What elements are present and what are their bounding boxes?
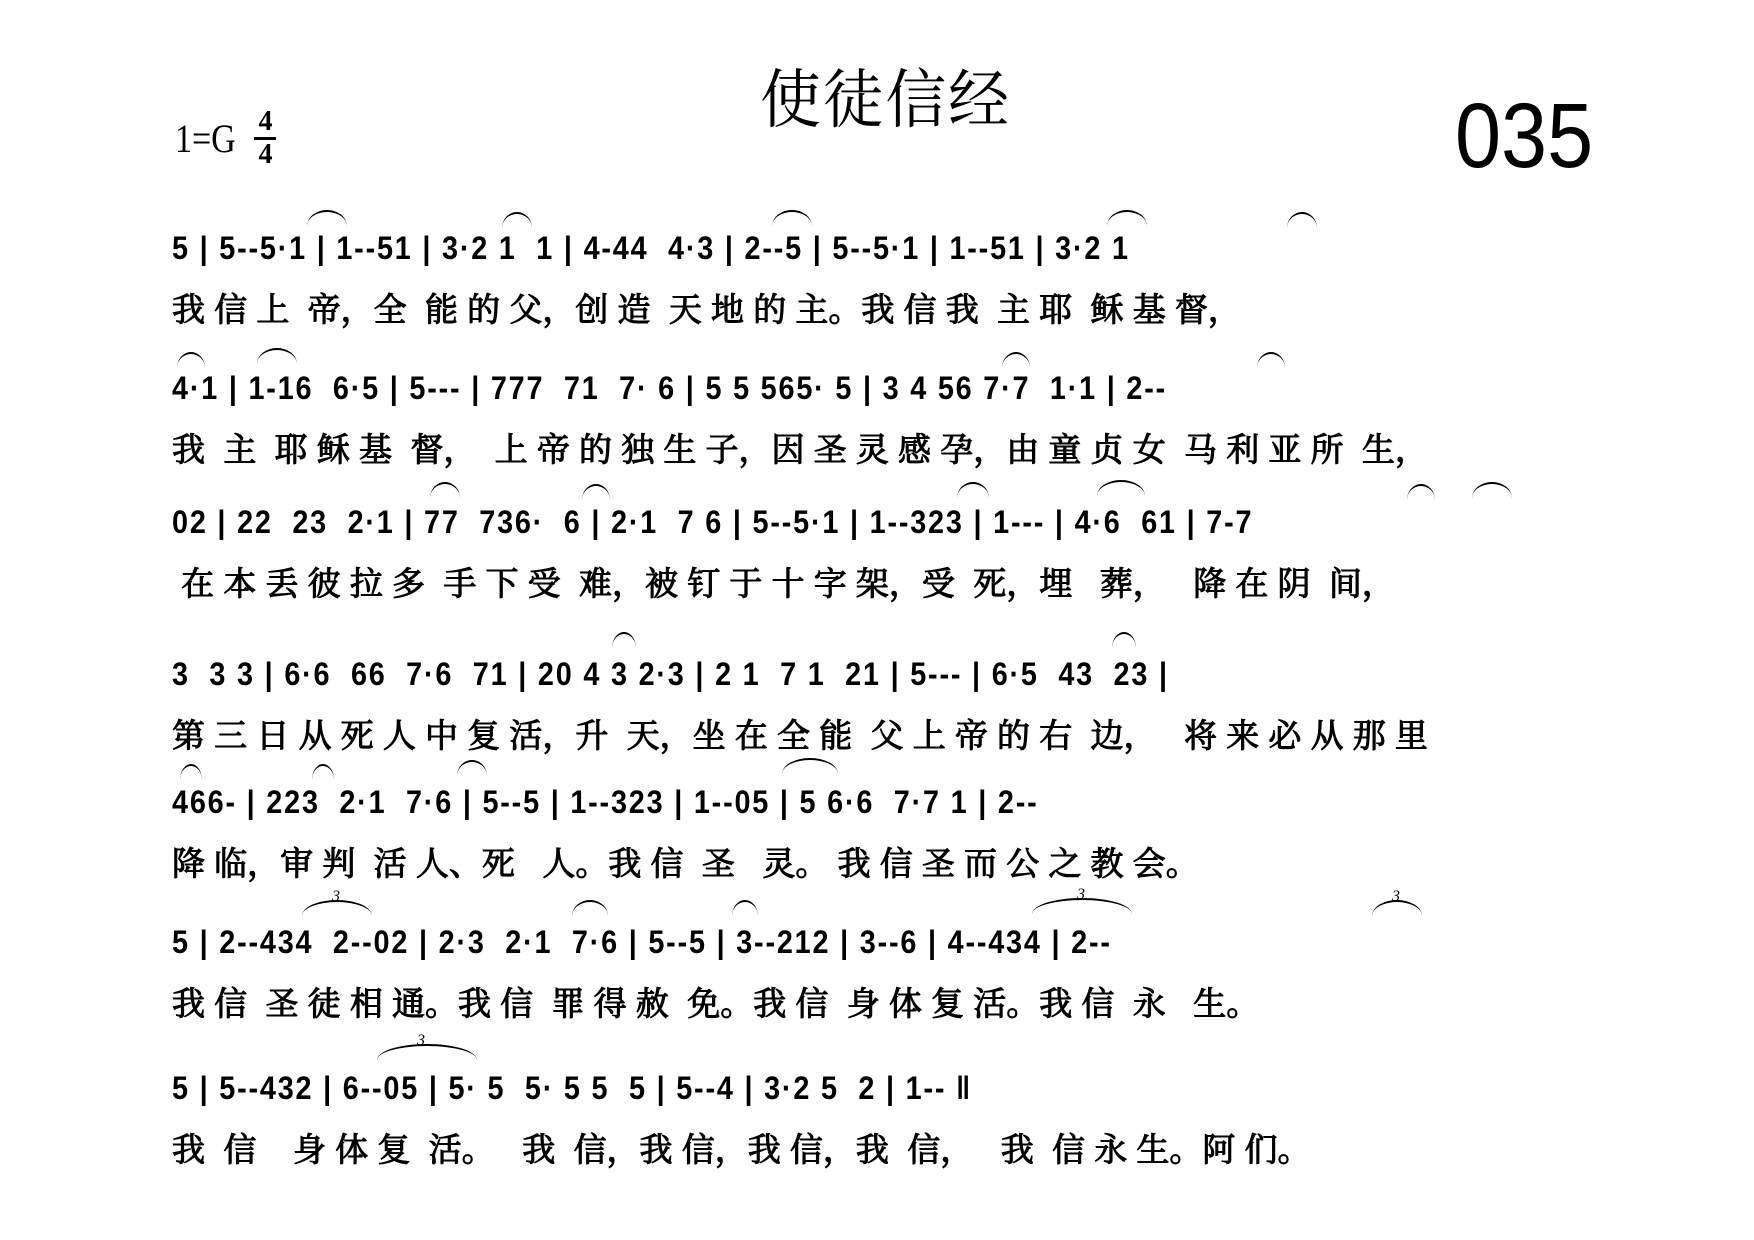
lyrics-line: 我 信 上 帝，全 能 的 父，创 造 天 地 的 主。我 信 我 主 耶 稣 … xyxy=(172,288,1602,332)
tie-arc xyxy=(180,764,202,780)
tie-arc xyxy=(1472,482,1512,498)
hymn-number: 035 xyxy=(1455,90,1593,182)
triplet-mark: 3 xyxy=(332,888,340,906)
score-line-1: 5 | 5--5·1 | 1--51 | 3·2 1 1 | 4-44 4·3 … xyxy=(172,198,1602,332)
lyrics-line: 我 信 圣 徒 相 通。我 信 罪 得 赦 免。我 信 身 体 复 活。我 信 … xyxy=(172,982,1602,1026)
score-line-3: 02 | 22 23 2·1 | 77 736· 6 | 2·1 7 6 | 5… xyxy=(172,472,1602,606)
tie-arc xyxy=(1257,352,1285,368)
tie-arc xyxy=(782,758,838,774)
triplet-mark: 3 xyxy=(1077,886,1085,904)
lyrics-line: 在 本 丢 彼 拉 多 手 下 受 难，被 钉 于 十 字 架，受 死，埋 葬，… xyxy=(172,562,1602,606)
notation-text: 3 3 3 | 6·6 66 7·6 71 | 20 4 3 2·3 | 2 1… xyxy=(172,654,1169,694)
tie-arc xyxy=(572,900,608,916)
hymn-title: 使徒信经 xyxy=(760,68,1011,132)
tie-arc xyxy=(502,212,532,228)
tie-arc xyxy=(430,482,460,498)
tie-arc xyxy=(1097,480,1145,496)
notation-text: 466- | 223 2·1 7·6 | 5--5 | 1--323 | 1--… xyxy=(172,782,1039,822)
tie-arc xyxy=(732,900,758,916)
tie-arc xyxy=(957,482,989,498)
notation-text: 5 | 2--434 2--02 | 2·3 2·1 7·6 | 5--5 | … xyxy=(172,922,1112,962)
tie-arc xyxy=(312,764,334,780)
tie-arc xyxy=(772,210,812,226)
score-line-7: 5 | 5--432 | 6--05 | 5· 5 5· 5 5 5 | 5--… xyxy=(172,1038,1602,1172)
tie-arc xyxy=(1002,352,1030,368)
notation-line: 02 | 22 23 2·1 | 77 736· 6 | 2·1 7 6 | 5… xyxy=(172,472,1602,562)
notation-line: 3 3 3 | 6·6 66 7·6 71 | 20 4 3 2·3 | 2 1… xyxy=(172,624,1602,714)
lyrics-line: 我 主 耶 稣 基 督， 上 帝 的 独 生 子，因 圣 灵 感 孕，由 童 贞… xyxy=(172,428,1602,472)
key-value: 1=G xyxy=(175,119,236,159)
tie-arc xyxy=(582,484,610,500)
notation-line: 4·1 | 1-16 6·5 | 5--- | 777 71 7· 6 | 5 … xyxy=(172,338,1602,428)
notation-line: 5 | 5--5·1 | 1--51 | 3·2 1 1 | 4-44 4·3 … xyxy=(172,198,1602,288)
triplet-mark: 3 xyxy=(1392,888,1400,906)
score-line-2: 4·1 | 1-16 6·5 | 5--- | 777 71 7· 6 | 5 … xyxy=(172,338,1602,472)
tie-arc xyxy=(177,352,205,368)
notation-line: 466- | 223 2·1 7·6 | 5--5 | 1--323 | 1--… xyxy=(172,752,1602,842)
notation-text: 02 | 22 23 2·1 | 77 736· 6 | 2·1 7 6 | 5… xyxy=(172,502,1253,542)
notation-text: 5 | 5--432 | 6--05 | 5· 5 5· 5 5 5 | 5--… xyxy=(172,1068,972,1108)
key-signature: 1=G 4 4 xyxy=(175,108,276,169)
triplet-bracket xyxy=(377,1044,477,1060)
score-line-5: 466- | 223 2·1 7·6 | 5--5 | 1--323 | 1--… xyxy=(172,752,1602,886)
tie-arc xyxy=(257,348,297,364)
tie-arc xyxy=(457,760,487,776)
time-signature: 4 4 xyxy=(254,108,276,169)
lyrics-line: 降 临，审 判 活 人、死 人。我 信 圣 灵。 我 信 圣 而 公 之 教 会… xyxy=(172,842,1602,886)
notation-text: 5 | 5--5·1 | 1--51 | 3·2 1 1 | 4-44 4·3 … xyxy=(172,228,1130,268)
tie-arc xyxy=(307,210,347,226)
time-numerator: 4 xyxy=(258,108,272,136)
tie-arc xyxy=(1407,484,1435,500)
tie-arc xyxy=(1112,632,1136,648)
tie-arc xyxy=(612,632,636,648)
tie-arc xyxy=(1287,212,1317,228)
notation-line: 5 | 2--434 2--02 | 2·3 2·1 7·6 | 5--5 | … xyxy=(172,892,1602,982)
tie-arc xyxy=(1107,210,1147,226)
notation-line: 5 | 5--432 | 6--05 | 5· 5 5· 5 5 5 | 5--… xyxy=(172,1038,1602,1128)
lyrics-line: 我 信 身 体 复 活。 我 信，我 信，我 信，我 信， 我 信 永 生。阿 … xyxy=(172,1128,1602,1172)
score-line-6: 5 | 2--434 2--02 | 2·3 2·1 7·6 | 5--5 | … xyxy=(172,892,1602,1026)
score-line-4: 3 3 3 | 6·6 66 7·6 71 | 20 4 3 2·3 | 2 1… xyxy=(172,624,1602,758)
notation-text: 4·1 | 1-16 6·5 | 5--- | 777 71 7· 6 | 5 … xyxy=(172,368,1167,408)
time-denominator: 4 xyxy=(258,141,272,169)
triplet-mark: 3 xyxy=(417,1032,425,1050)
